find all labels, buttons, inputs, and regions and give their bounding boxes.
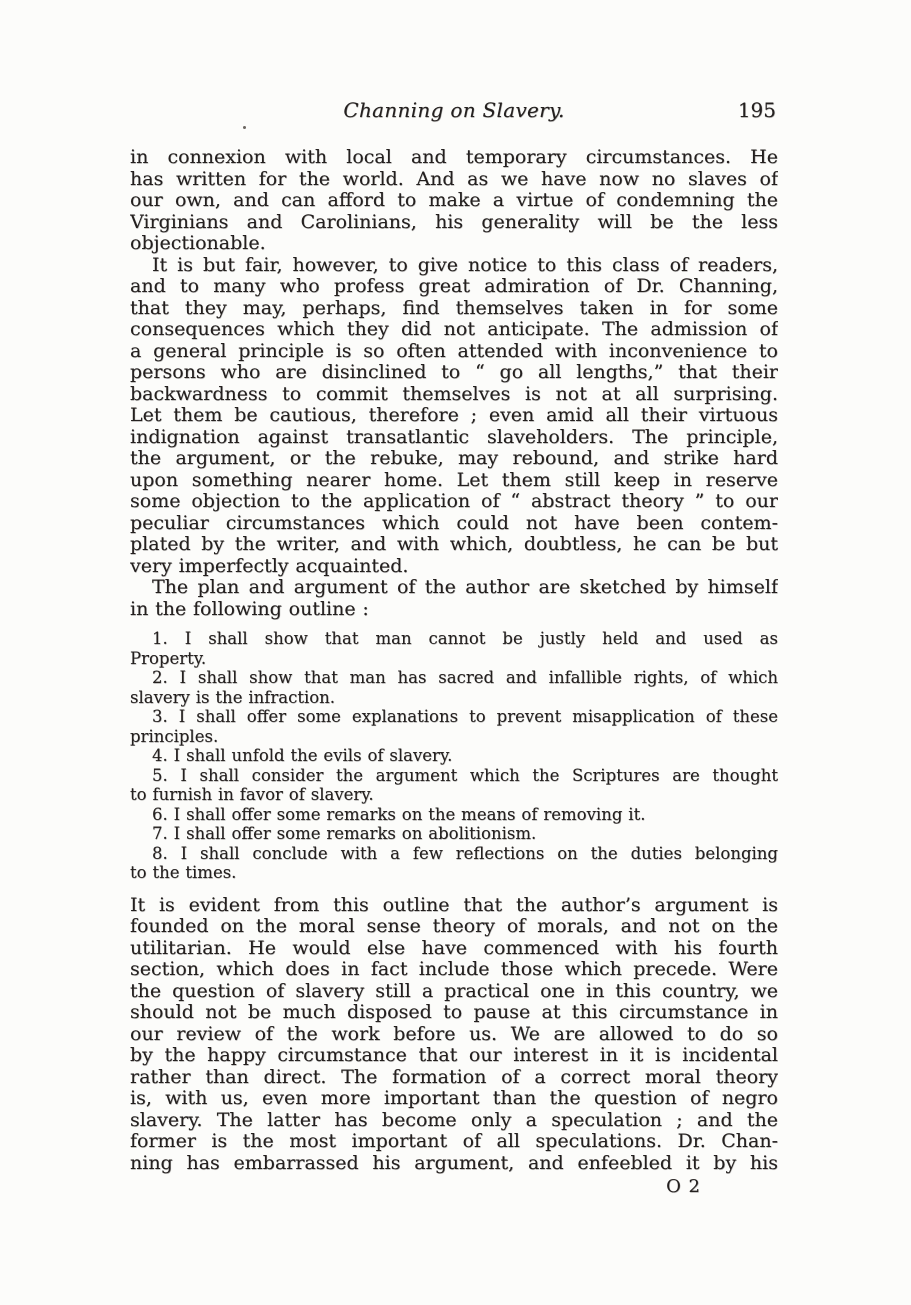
running-title: Channing on Slavery. <box>130 98 778 122</box>
text-line: is, with us, even more important than th… <box>130 1088 778 1110</box>
text-line: Virginians and Carolinians, his generali… <box>130 212 778 234</box>
text-line: persons who are disinclined to “ go all … <box>130 362 778 384</box>
paragraph: It is evident from this outline that the… <box>130 895 778 1175</box>
paragraph: 6. I shall offer some remarks on the mea… <box>130 805 778 825</box>
text-line: should not be much disposed to pause at … <box>130 1002 778 1024</box>
text-line: in connexion with local and temporary ci… <box>130 147 778 169</box>
text-line: section, which does in fact include thos… <box>130 959 778 981</box>
text-line: 6. I shall offer some remarks on the mea… <box>130 805 778 825</box>
text-line: 3. I shall offer some explanations to pr… <box>130 707 778 727</box>
signature-line: O 2 <box>130 1176 778 1197</box>
paragraph: 4. I shall unfold the evils of slavery. <box>130 746 778 766</box>
text-line: 5. I shall consider the argument which t… <box>130 766 778 786</box>
book-page: Channing on Slavery. 195 in connexion wi… <box>0 0 911 1305</box>
text-line: in the following outline : <box>130 599 778 621</box>
text-line: objectionable. <box>130 233 778 255</box>
text-line: 7. I shall offer some remarks on aboliti… <box>130 824 778 844</box>
text-line: It is but fair, however, to give notice … <box>130 255 778 277</box>
text-block: in connexion with local and temporary ci… <box>130 147 778 1174</box>
text-line: indignation against transatlantic slaveh… <box>130 427 778 449</box>
text-line: some objection to the application of “ a… <box>130 491 778 513</box>
text-line: 2. I shall show that man has sacred and … <box>130 668 778 688</box>
text-line: principles. <box>130 727 778 747</box>
text-line: our own, and can afford to make a virtue… <box>130 190 778 212</box>
text-line: The plan and argument of the author are … <box>130 577 778 599</box>
text-line: consequences which they did not anticipa… <box>130 319 778 341</box>
text-line: a general principle is so often attended… <box>130 341 778 363</box>
text-line: slavery. The latter has become only a sp… <box>130 1110 778 1132</box>
text-line: to furnish in favor of slavery. <box>130 785 778 805</box>
scan-speck <box>243 126 246 129</box>
opening-paragraphs: in connexion with local and temporary ci… <box>130 147 778 620</box>
text-line: the argument, or the rebuke, may rebound… <box>130 448 778 470</box>
text-line: 8. I shall conclude with a few reflectio… <box>130 844 778 864</box>
paragraph: 3. I shall offer some explanations to pr… <box>130 707 778 746</box>
text-line: It is evident from this outline that the… <box>130 895 778 917</box>
text-line: Property. <box>130 649 778 669</box>
text-line: our review of the work before us. We are… <box>130 1024 778 1046</box>
paragraph: 2. I shall show that man has sacred and … <box>130 668 778 707</box>
signature-mark: O 2 <box>666 1176 701 1197</box>
text-line: backwardness to commit themselves is not… <box>130 384 778 406</box>
text-line: former is the most important of all spec… <box>130 1131 778 1153</box>
text-line: to the times. <box>130 863 778 883</box>
text-line: Let them be cautious, therefore ; even a… <box>130 405 778 427</box>
text-line: ning has embarrassed his argument, and e… <box>130 1153 778 1175</box>
text-line: the question of slavery still a practica… <box>130 981 778 1003</box>
text-line: upon something nearer home. Let them sti… <box>130 470 778 492</box>
outline-list: 1. I shall show that man cannot be justl… <box>130 629 778 883</box>
paragraph: in connexion with local and temporary ci… <box>130 147 778 255</box>
text-line: peculiar circumstances which could not h… <box>130 513 778 535</box>
text-line: has written for the world. And as we hav… <box>130 169 778 191</box>
paragraph: 5. I shall consider the argument which t… <box>130 766 778 805</box>
text-line: rather than direct. The formation of a c… <box>130 1067 778 1089</box>
text-line: slavery is the infraction. <box>130 688 778 708</box>
text-line: by the happy circumstance that our inter… <box>130 1045 778 1067</box>
closing-paragraph: It is evident from this outline that the… <box>130 895 778 1175</box>
text-line: utilitarian. He would else have commence… <box>130 938 778 960</box>
text-line: very imperfectly acquainted. <box>130 556 778 578</box>
text-line: founded on the moral sense theory of mor… <box>130 916 778 938</box>
text-line: that they may, perhaps, find themselves … <box>130 298 778 320</box>
paragraph: The plan and argument of the author are … <box>130 577 778 620</box>
text-line: plated by the writer, and with which, do… <box>130 534 778 556</box>
page-header: Channing on Slavery. 195 <box>130 98 778 124</box>
paragraph: 7. I shall offer some remarks on aboliti… <box>130 824 778 844</box>
paragraph: It is but fair, however, to give notice … <box>130 255 778 578</box>
text-line: 4. I shall unfold the evils of slavery. <box>130 746 778 766</box>
text-line: and to many who profess great admiration… <box>130 276 778 298</box>
paragraph: 1. I shall show that man cannot be justl… <box>130 629 778 668</box>
text-line: 1. I shall show that man cannot be justl… <box>130 629 778 649</box>
page-number: 195 <box>738 98 776 122</box>
paragraph: 8. I shall conclude with a few reflectio… <box>130 844 778 883</box>
